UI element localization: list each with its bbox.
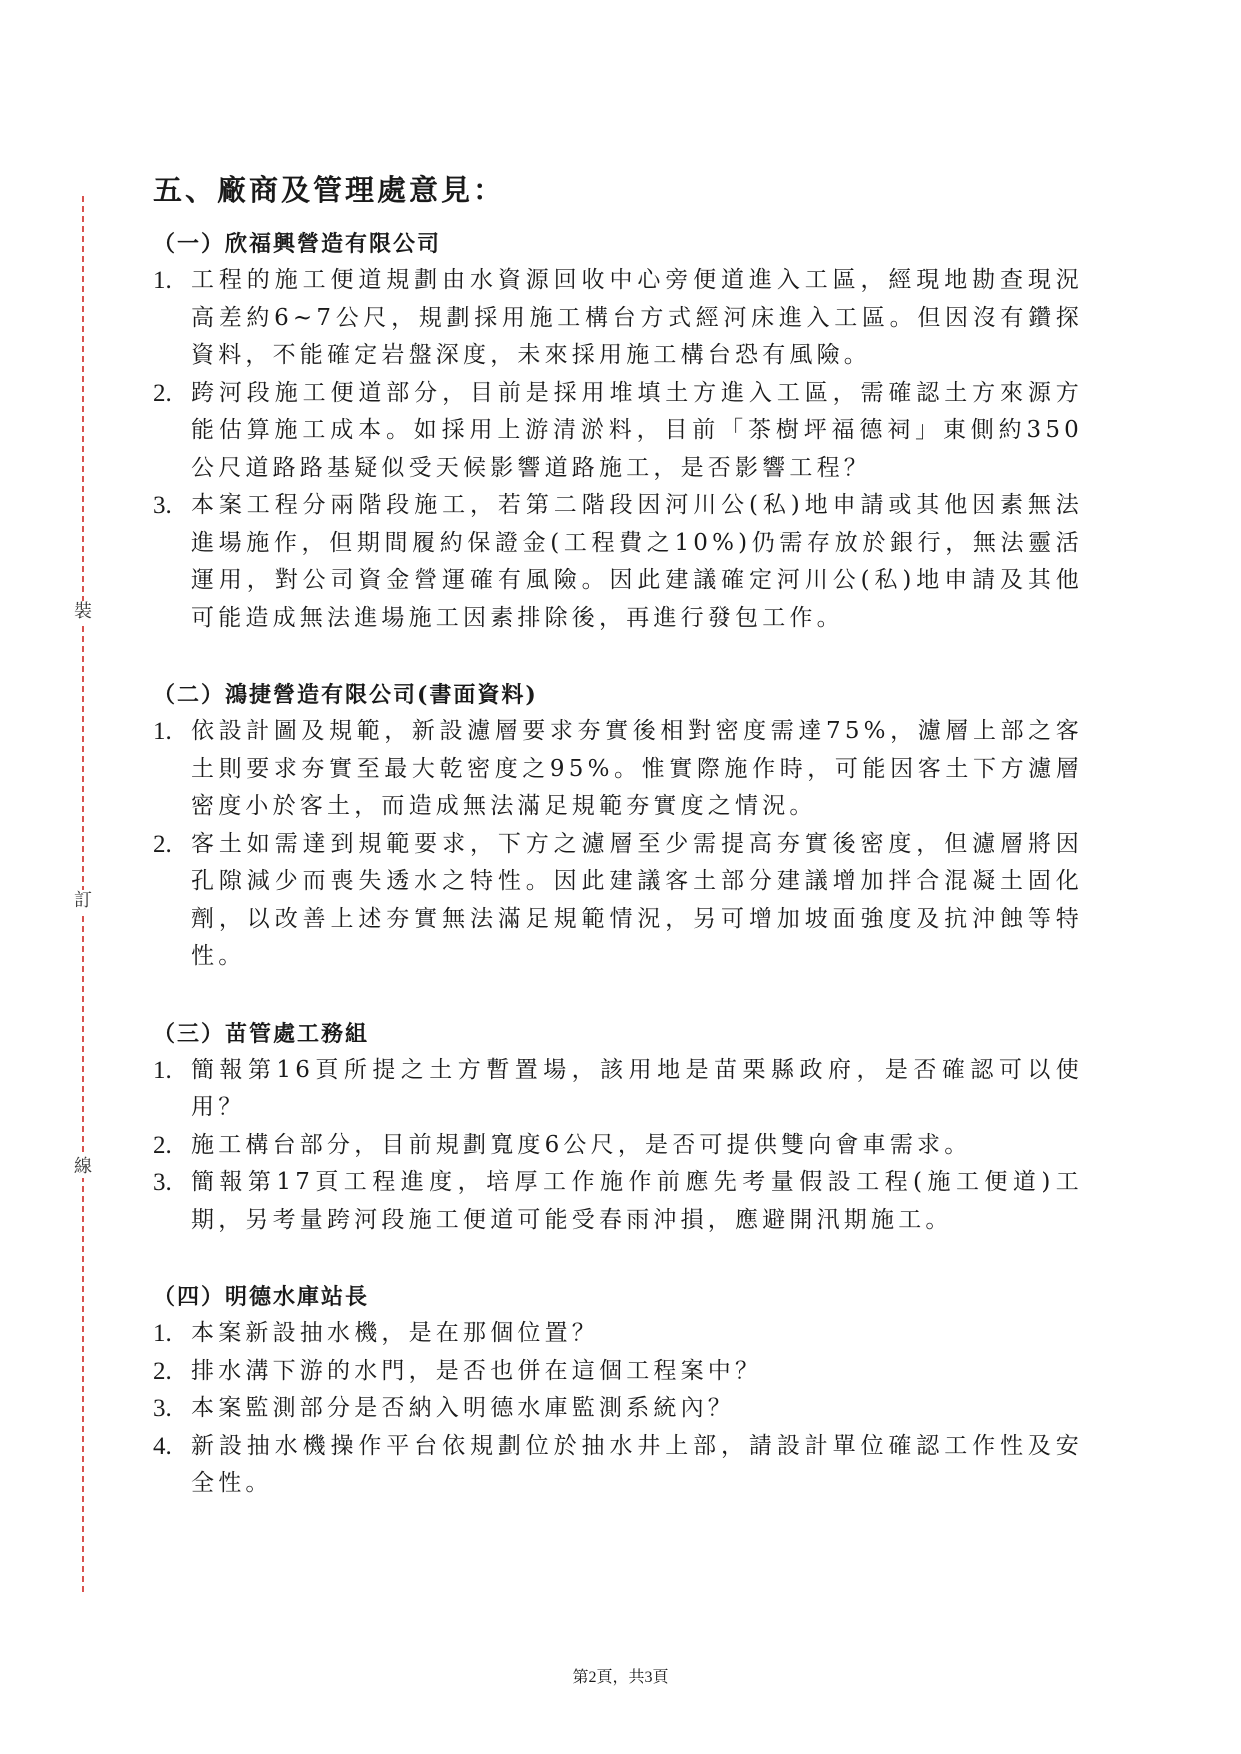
- list-item: 2.排水溝下游的水門，是否也併在這個工程案中？: [153, 1353, 1083, 1391]
- document-body: 五、廠商及管理處意見： （一）欣福興營造有限公司 1.工程的施工便道規劃由水資源…: [153, 170, 1083, 1543]
- item-number: 2.: [153, 375, 172, 413]
- binding-label-ding: 訂: [72, 890, 94, 912]
- subsection-title: （三）苗管處工務組: [153, 1016, 1083, 1052]
- item-text: 施工構台部分，目前規劃寬度6公尺，是否可提供雙向會車需求。: [191, 1132, 971, 1158]
- item-list: 1.依設計圖及規範，新設濾層要求夯實後相對密度需達75%，濾層上部之客土則要求夯…: [153, 713, 1083, 976]
- item-number: 1.: [153, 713, 172, 751]
- item-number: 4.: [153, 1428, 172, 1466]
- item-text: 工程的施工便道規劃由水資源回收中心旁便道進入工區，經現地勘查現況高差約6~7公尺…: [191, 267, 1083, 368]
- item-text: 客土如需達到規範要求，下方之濾層至少需提高夯實後密度，但濾層將因孔隙減少而喪失透…: [191, 831, 1083, 970]
- list-item: 2.施工構台部分，目前規劃寬度6公尺，是否可提供雙向會車需求。: [153, 1127, 1083, 1165]
- list-item: 2.跨河段施工便道部分，目前是採用堆填土方進入工區，需確認土方來源方能估算施工成…: [153, 375, 1083, 488]
- list-item: 3.本案監測部分是否納入明德水庫監測系統內？: [153, 1390, 1083, 1428]
- item-list: 1.簡報第16頁所提之土方暫置場，該用地是苗栗縣政府，是否確認可以使用？ 2.施…: [153, 1052, 1083, 1240]
- list-item: 1.本案新設抽水機，是在那個位置？: [153, 1315, 1083, 1353]
- item-text: 簡報第16頁所提之土方暫置場，該用地是苗栗縣政府，是否確認可以使用？: [191, 1057, 1083, 1121]
- item-list: 1.工程的施工便道規劃由水資源回收中心旁便道進入工區，經現地勘查現況高差約6~7…: [153, 262, 1083, 637]
- item-text: 本案工程分兩階段施工，若第二階段因河川公(私)地申請或其他因素無法進場施作，但期…: [191, 492, 1083, 631]
- item-text: 本案新設抽水機，是在那個位置？: [191, 1320, 599, 1346]
- list-item: 4.新設抽水機操作平台依規劃位於抽水井上部，請設計單位確認工作性及安全性。: [153, 1428, 1083, 1503]
- subsection-title: （四）明德水庫站長: [153, 1279, 1083, 1315]
- subsection-3: （三）苗管處工務組 1.簡報第16頁所提之土方暫置場，該用地是苗栗縣政府，是否確…: [153, 1016, 1083, 1240]
- item-number: 2.: [153, 1127, 172, 1165]
- page-number: 第2頁，共3頁: [0, 1664, 1241, 1687]
- item-list: 1.本案新設抽水機，是在那個位置？ 2.排水溝下游的水門，是否也併在這個工程案中…: [153, 1315, 1083, 1503]
- subsection-2: （二）鴻捷營造有限公司(書面資料) 1.依設計圖及規範，新設濾層要求夯實後相對密…: [153, 677, 1083, 976]
- item-number: 3.: [153, 1164, 172, 1202]
- section-title: 五、廠商及管理處意見：: [153, 170, 1083, 210]
- binding-label-zhuang: 裝: [72, 601, 94, 623]
- list-item: 1.依設計圖及規範，新設濾層要求夯實後相對密度需達75%，濾層上部之客土則要求夯…: [153, 713, 1083, 826]
- item-text: 簡報第17頁工程進度，培厚工作施作前應先考量假設工程(施工便道)工期，另考量跨河…: [191, 1169, 1083, 1233]
- item-number: 1.: [153, 1052, 172, 1090]
- item-text: 新設抽水機操作平台依規劃位於抽水井上部，請設計單位確認工作性及安全性。: [191, 1433, 1083, 1497]
- subsection-4: （四）明德水庫站長 1.本案新設抽水機，是在那個位置？ 2.排水溝下游的水門，是…: [153, 1279, 1083, 1503]
- list-item: 1.工程的施工便道規劃由水資源回收中心旁便道進入工區，經現地勘查現況高差約6~7…: [153, 262, 1083, 375]
- item-text: 排水溝下游的水門，是否也併在這個工程案中？: [191, 1358, 762, 1384]
- item-number: 2.: [153, 826, 172, 864]
- item-number: 2.: [153, 1353, 172, 1391]
- subsection-1: （一）欣福興營造有限公司 1.工程的施工便道規劃由水資源回收中心旁便道進入工區，…: [153, 226, 1083, 637]
- item-number: 1.: [153, 262, 172, 300]
- item-text: 本案監測部分是否納入明德水庫監測系統內？: [191, 1395, 735, 1421]
- item-number: 3.: [153, 487, 172, 525]
- list-item: 1.簡報第16頁所提之土方暫置場，該用地是苗栗縣政府，是否確認可以使用？: [153, 1052, 1083, 1127]
- list-item: 2.客土如需達到規範要求，下方之濾層至少需提高夯實後密度，但濾層將因孔隙減少而喪…: [153, 826, 1083, 976]
- subsection-title: （二）鴻捷營造有限公司(書面資料): [153, 677, 1083, 713]
- item-number: 1.: [153, 1315, 172, 1353]
- subsection-title: （一）欣福興營造有限公司: [153, 226, 1083, 262]
- list-item: 3.簡報第17頁工程進度，培厚工作施作前應先考量假設工程(施工便道)工期，另考量…: [153, 1164, 1083, 1239]
- list-item: 3.本案工程分兩階段施工，若第二階段因河川公(私)地申請或其他因素無法進場施作，…: [153, 487, 1083, 637]
- item-text: 跨河段施工便道部分，目前是採用堆填土方進入工區，需確認土方來源方能估算施工成本。…: [191, 380, 1083, 481]
- item-text: 依設計圖及規範，新設濾層要求夯實後相對密度需達75%，濾層上部之客土則要求夯實至…: [191, 718, 1083, 819]
- binding-label-xian: 線: [72, 1156, 94, 1178]
- item-number: 3.: [153, 1390, 172, 1428]
